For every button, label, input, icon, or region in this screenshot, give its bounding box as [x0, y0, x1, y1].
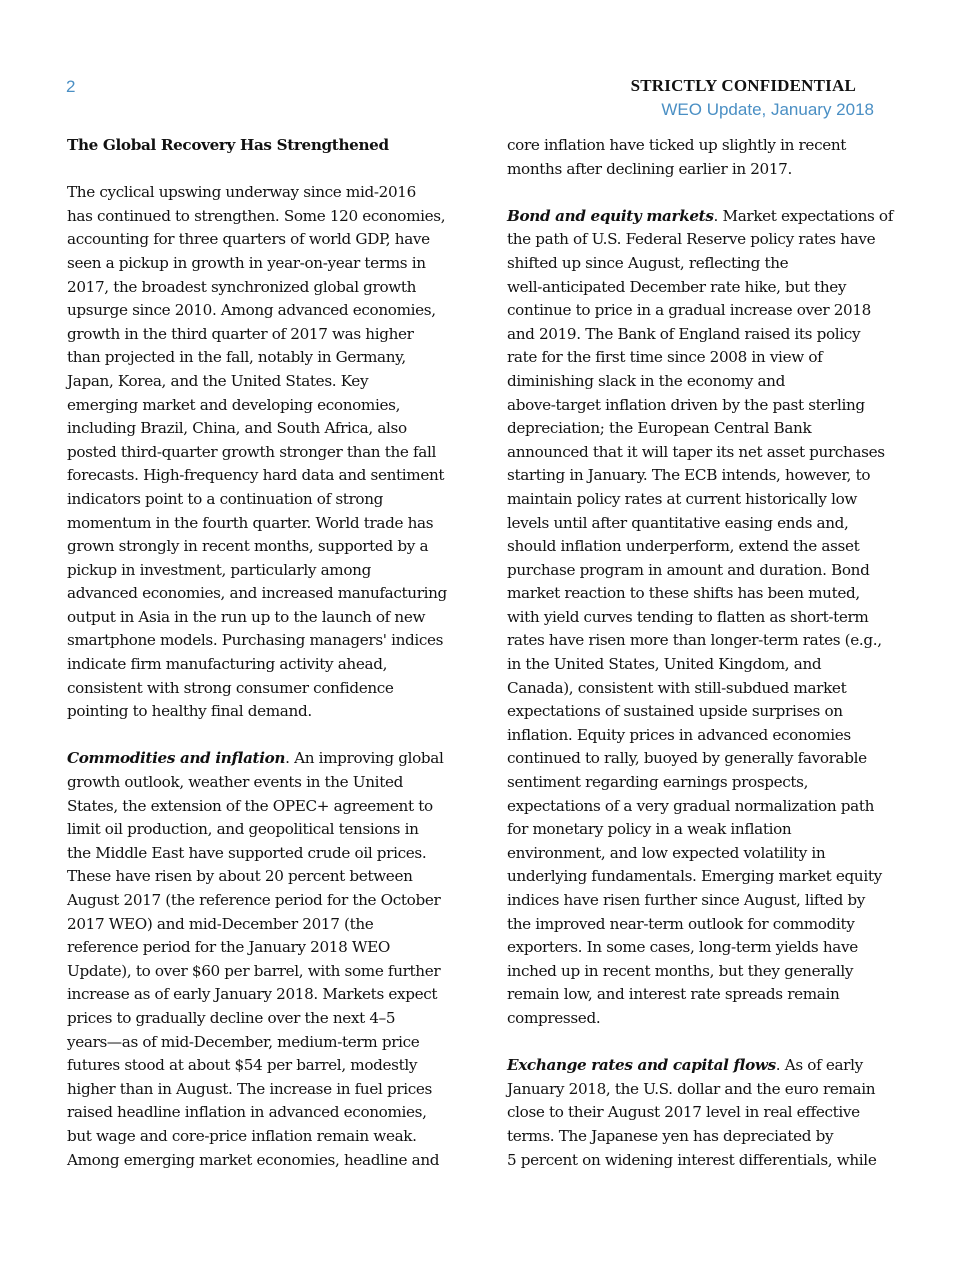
text-line: in the United States, United Kingdom, an…: [507, 653, 899, 677]
text-line: 2017 WEO) and mid-December 2017 (the: [67, 913, 459, 937]
text-line: should inflation underperform, extend th…: [507, 535, 899, 559]
text-line: the path of U.S. Federal Reserve policy …: [507, 228, 899, 252]
text-line: Japan, Korea, and the United States. Key: [67, 370, 459, 394]
text-line: continued to rally, buoyed by generally …: [507, 747, 899, 771]
text-line: pickup in investment, particularly among: [67, 559, 459, 583]
text-line: sentiment regarding earnings prospects,: [507, 771, 899, 795]
text-line: forecasts. High-frequency hard data and …: [67, 464, 459, 488]
text-line: the Middle East have supported crude oil…: [67, 842, 459, 866]
text-line: growth outlook, weather events in the Un…: [67, 771, 459, 795]
text-line: reference period for the January 2018 WE…: [67, 936, 459, 960]
text-line: starting in January. The ECB intends, ho…: [507, 464, 899, 488]
text-line: months after declining earlier in 2017.: [507, 158, 899, 182]
text-line: expectations of a very gradual normaliza…: [507, 795, 899, 819]
text-line: raised headline inflation in advanced ec…: [67, 1101, 459, 1125]
text-line: exporters. In some cases, long-term yiel…: [507, 936, 899, 960]
text-line: States, the extension of the OPEC+ agree…: [67, 795, 459, 819]
text-line: indicators point to a continuation of st…: [67, 488, 459, 512]
text-line: These have risen by about 20 percent bet…: [67, 865, 459, 889]
text-line: momentum in the fourth quarter. World tr…: [67, 512, 459, 536]
text-line: rate for the first time since 2008 in vi…: [507, 346, 899, 370]
text-line: pointing to healthy final demand.: [67, 700, 459, 724]
text-line: Update), to over $60 per barrel, with so…: [67, 960, 459, 984]
paragraph-bond-equity-markets: Bond and equity markets. Market expectat…: [507, 205, 899, 1031]
text-line: environment, and low expected volatility…: [507, 842, 899, 866]
text-line: continue to price in a gradual increase …: [507, 299, 899, 323]
paragraph-lead: Bond and equity markets: [507, 207, 714, 225]
text-line: has continued to strengthen. Some 120 ec…: [67, 205, 459, 229]
text-line: the improved near-term outlook for commo…: [507, 913, 899, 937]
text-line: diminishing slack in the economy and: [507, 370, 899, 394]
text-line: announced that it will taper its net ass…: [507, 441, 899, 465]
section-heading: The Global Recovery Has Strengthened: [67, 134, 459, 158]
text-line: terms. The Japanese yen has depreciated …: [507, 1125, 899, 1149]
text-line: consistent with strong consumer confiden…: [67, 677, 459, 701]
text-line: inched up in recent months, but they gen…: [507, 960, 899, 984]
left-column: The Global Recovery Has Strengthened The…: [67, 134, 459, 1196]
text-line: smartphone models. Purchasing managers' …: [67, 629, 459, 653]
text-line: prices to gradually decline over the nex…: [67, 1007, 459, 1031]
text-line: expectations of sustained upside surpris…: [507, 700, 899, 724]
text-line: increase as of early January 2018. Marke…: [67, 983, 459, 1007]
text-line: purchase program in amount and duration.…: [507, 559, 899, 583]
text-line: advanced economies, and increased manufa…: [67, 582, 459, 606]
page-number: 2: [66, 77, 75, 97]
paragraph-inflation-continued: core inflation have ticked up slightly i…: [507, 134, 899, 181]
paragraph-lead: Exchange rates and capital flows: [507, 1056, 776, 1074]
text-line: posted third-quarter growth stronger tha…: [67, 441, 459, 465]
text-line: than projected in the fall, notably in G…: [67, 346, 459, 370]
text-line: indicate firm manufacturing activity ahe…: [67, 653, 459, 677]
text-line: seen a pickup in growth in year-on-year …: [67, 252, 459, 276]
text-line: for monetary policy in a weak inflation: [507, 818, 899, 842]
text-line: compressed.: [507, 1007, 899, 1031]
text-line: Canada), consistent with still-subdued m…: [507, 677, 899, 701]
text-line: 2017, the broadest synchronized global g…: [67, 276, 459, 300]
text-line: grown strongly in recent months, support…: [67, 535, 459, 559]
text-line: futures stood at about $54 per barrel, m…: [67, 1054, 459, 1078]
publication-title: WEO Update, January 2018: [661, 100, 874, 120]
text-line: 5 percent on widening interest different…: [507, 1149, 899, 1173]
text-line: remain low, and interest rate spreads re…: [507, 983, 899, 1007]
text-line: limit oil production, and geopolitical t…: [67, 818, 459, 842]
text-line: but wage and core-price inflation remain…: [67, 1125, 459, 1149]
text-line: inflation. Equity prices in advanced eco…: [507, 724, 899, 748]
text-line: accounting for three quarters of world G…: [67, 228, 459, 252]
right-column: core inflation have ticked up slightly i…: [507, 134, 899, 1196]
text-line: indices have risen further since August,…: [507, 889, 899, 913]
paragraph-lead: Commodities and inflation: [67, 749, 285, 767]
text-line: years—as of mid-December, medium-term pr…: [67, 1031, 459, 1055]
text-line: August 2017 (the reference period for th…: [67, 889, 459, 913]
confidential-label: STRICTLY CONFIDENTIAL: [631, 76, 856, 96]
text-line: market reaction to these shifts has been…: [507, 582, 899, 606]
text-line: close to their August 2017 level in real…: [507, 1101, 899, 1125]
text-line: emerging market and developing economies…: [67, 394, 459, 418]
text-line: above-target inflation driven by the pas…: [507, 394, 899, 418]
text-line: rates have risen more than longer-term r…: [507, 629, 899, 653]
text-line: shifted up since August, reflecting the: [507, 252, 899, 276]
text-line: The cyclical upswing underway since mid-…: [67, 181, 459, 205]
paragraph-global-recovery: The cyclical upswing underway since mid-…: [67, 181, 459, 724]
text-line: January 2018, the U.S. dollar and the eu…: [507, 1078, 899, 1102]
text-line: Among emerging market economies, headlin…: [67, 1149, 459, 1173]
paragraph-commodities-inflation: Commodities and inflation. An improving …: [67, 747, 459, 1172]
text-line: maintain policy rates at current histori…: [507, 488, 899, 512]
text-line: well-anticipated December rate hike, but…: [507, 276, 899, 300]
text-line: with yield curves tending to flatten as …: [507, 606, 899, 630]
text-line: and 2019. The Bank of England raised its…: [507, 323, 899, 347]
text-line: levels until after quantitative easing e…: [507, 512, 899, 536]
text-line: growth in the third quarter of 2017 was …: [67, 323, 459, 347]
text-line: depreciation; the European Central Bank: [507, 417, 899, 441]
text-line: output in Asia in the run up to the laun…: [67, 606, 459, 630]
text-line: core inflation have ticked up slightly i…: [507, 134, 899, 158]
text-line: underlying fundamentals. Emerging market…: [507, 865, 899, 889]
paragraph-exchange-rates: Exchange rates and capital flows. As of …: [507, 1054, 899, 1172]
text-line: upsurge since 2010. Among advanced econo…: [67, 299, 459, 323]
text-line: higher than in August. The increase in f…: [67, 1078, 459, 1102]
text-line: including Brazil, China, and South Afric…: [67, 417, 459, 441]
